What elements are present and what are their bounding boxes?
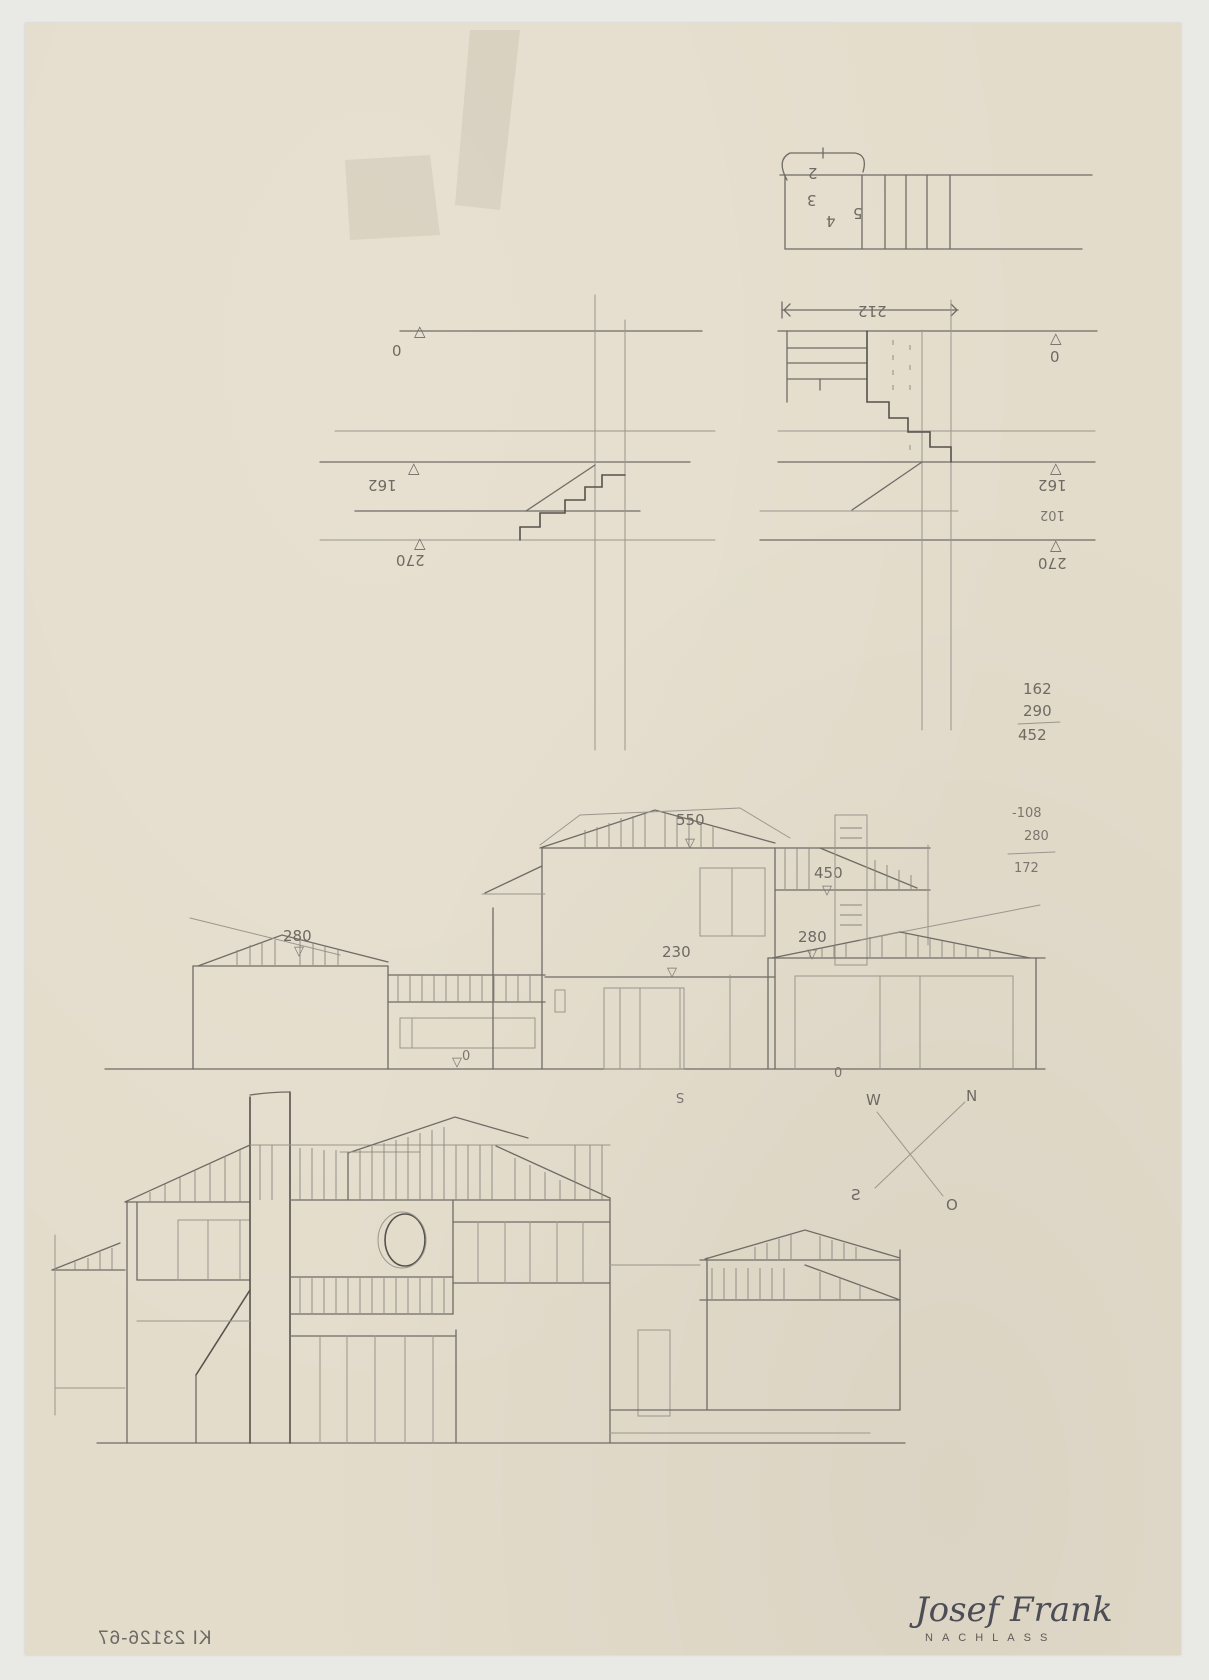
step-number: 2	[808, 164, 818, 182]
ground-mark: 0	[834, 1066, 842, 1081]
architectural-drawing: 2 3 4 5 △ 0 △ 162 △ 270 212	[0, 0, 1209, 1680]
height-triangle: ▽	[685, 836, 695, 851]
elevation-lower	[52, 1092, 905, 1443]
section-right: 212 △ 0 △ 162 102 △ 270	[760, 300, 1097, 730]
height-label: 280	[798, 928, 827, 946]
level-label: 162	[1038, 476, 1067, 494]
height-triangle: ▽	[452, 1055, 462, 1070]
level-label: 270	[396, 551, 425, 569]
calc-value: -108	[1012, 806, 1042, 821]
compass-west: W	[866, 1091, 881, 1109]
level-triangle: △	[1050, 329, 1062, 347]
compass-north: N	[966, 1086, 977, 1104]
height-label: 0	[462, 1049, 470, 1064]
tape-mark	[455, 30, 520, 210]
height-triangle: ▽	[667, 965, 677, 980]
inventory-number: KI 23126-67	[97, 1628, 212, 1649]
level-label: 102	[1040, 507, 1065, 522]
height-label: 550	[676, 811, 705, 829]
level-triangle: △	[414, 534, 426, 552]
level-label: 0	[392, 341, 402, 359]
height-triangle: ▽	[807, 947, 817, 962]
calc-value: 290	[1023, 702, 1052, 720]
height-triangle: ▽	[294, 944, 304, 959]
step-number: 4	[826, 212, 836, 230]
signature-block: Josef Frank NACHLASS	[909, 1590, 1113, 1644]
level-label: 162	[368, 476, 397, 494]
compass-east: O	[946, 1196, 958, 1214]
height-triangle: ▽	[822, 883, 832, 898]
signature: Josef Frank	[909, 1590, 1113, 1630]
calc-result: 172	[1014, 861, 1039, 876]
level-triangle: △	[1050, 459, 1062, 477]
level-triangle: △	[414, 322, 426, 340]
inventory-block: KI 23126-67	[97, 1628, 212, 1649]
section-left: △ 0 △ 162 △ 270	[320, 295, 715, 750]
level-triangle: △	[408, 459, 420, 477]
height-label: 230	[662, 943, 691, 961]
dimension-label: 212	[858, 302, 887, 320]
tape-mark	[345, 155, 440, 240]
calc-value: 280	[1024, 829, 1049, 844]
stair-detail-top: 2 3 4 5	[780, 148, 1092, 249]
height-label: 450	[814, 864, 843, 882]
compass-south: S	[851, 1186, 861, 1204]
nachlass-stamp: NACHLASS	[925, 1632, 1056, 1644]
level-label: 270	[1038, 554, 1067, 572]
step-number: 3	[807, 191, 817, 209]
compass-rose: W N S O	[851, 1086, 977, 1214]
calculations: 162 290 452 -108 280 172	[1008, 680, 1060, 876]
height-label: 280	[283, 927, 312, 945]
level-triangle: △	[1050, 536, 1062, 554]
step-number: 5	[853, 204, 863, 222]
level-label: 0	[1050, 347, 1060, 365]
ground-mark: S	[676, 1089, 684, 1104]
calc-result: 452	[1018, 726, 1047, 744]
calc-value: 162	[1023, 680, 1052, 698]
elevation-upper: 280 ▽ ▽ 0	[105, 808, 1045, 1104]
round-window	[385, 1214, 425, 1266]
